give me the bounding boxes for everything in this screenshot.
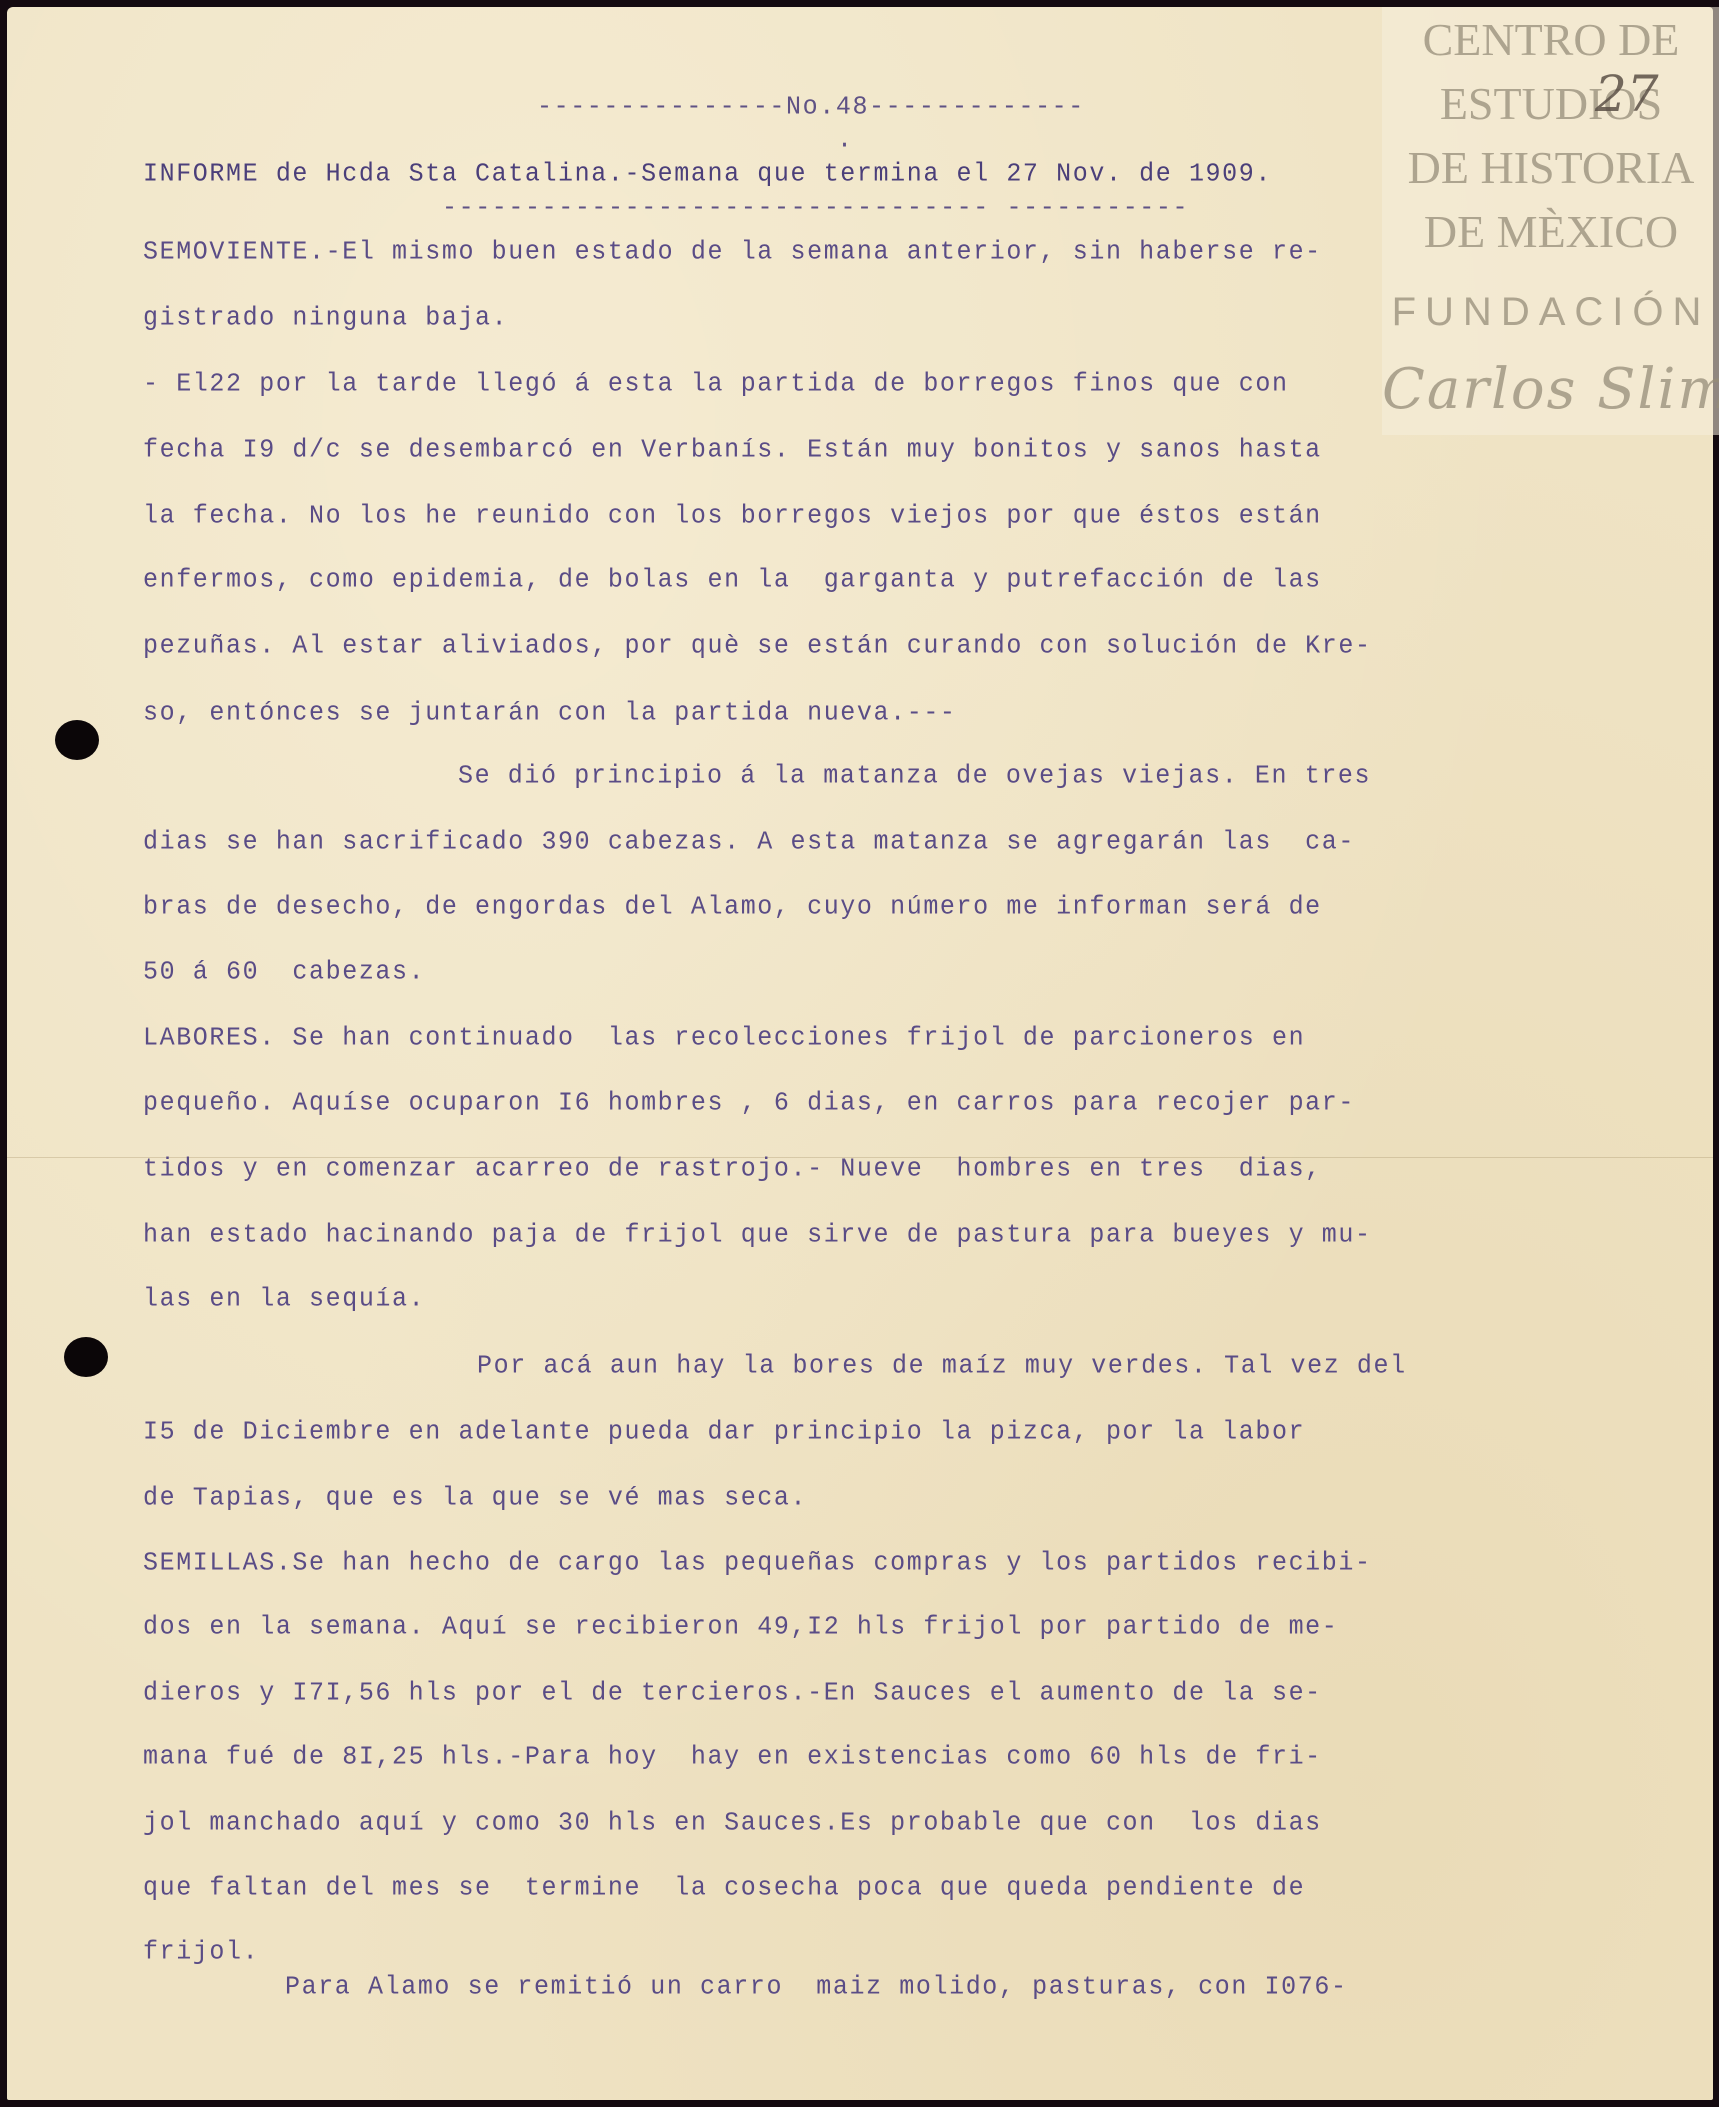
punch-hole-top	[55, 720, 99, 760]
header-dot: .	[837, 124, 854, 156]
report-line: las en la sequía.	[143, 1283, 425, 1315]
report-line: dias se han sacrificado 390 cabezas. A e…	[143, 826, 1355, 858]
watermark-line: CENTRO DE	[1382, 15, 1719, 65]
report-line: frijol.	[143, 1936, 259, 1968]
report-line: pezuñas. Al estar aliviados, por què se …	[143, 630, 1372, 662]
report-line: bras de desecho, de engordas del Alamo, …	[143, 891, 1322, 923]
report-line: - El22 por la tarde llegó á esta la part…	[143, 368, 1289, 400]
watermark-foundation: FUNDACIÓN	[1382, 287, 1719, 337]
report-line: gistrado ninguna baja.	[143, 302, 508, 334]
report-line: pequeño. Aquíse ocuparon I6 hombres , 6 …	[143, 1087, 1355, 1119]
watermark-signature: Carlos Slim	[1382, 365, 1719, 415]
report-title: INFORME de Hcda Sta Catalina.-Semana que…	[143, 158, 1272, 190]
report-line: de Tapias, que es la que se vé mas seca.	[143, 1482, 807, 1514]
report-line: SEMILLAS.Se han hecho de cargo las peque…	[143, 1547, 1372, 1579]
watermark-line: DE HISTORIA	[1382, 143, 1719, 193]
handwritten-page-number: 27	[1595, 65, 1659, 123]
punch-hole-bottom	[64, 1337, 108, 1377]
watermark: CENTRO DE ESTUDIOS DE HISTORIA DE MÈXICO…	[1382, 7, 1719, 435]
report-line: so, entónces se juntarán con la partida …	[143, 697, 957, 729]
report-line: mana fué de 8I,25 hls.-Para hoy hay en e…	[143, 1741, 1322, 1773]
report-line: enfermos, como epidemia, de bolas en la …	[143, 564, 1322, 596]
report-line: Para Alamo se remitió un carro maiz moli…	[285, 1971, 1348, 2003]
report-number: ---------------No.48-------------	[537, 91, 1085, 123]
report-line: jol manchado aquí y como 30 hls en Sauce…	[143, 1807, 1322, 1839]
title-underline: --------------------------------- ------…	[442, 192, 1189, 224]
document-page: ---------------No.48------------- . INFO…	[7, 7, 1713, 2100]
report-line: tidos y en comenzar acarreo de rastrojo.…	[143, 1153, 1322, 1185]
report-line: SEMOVIENTE.-El mismo buen estado de la s…	[143, 236, 1322, 268]
report-line: LABORES. Se han continuado las recolecci…	[143, 1022, 1305, 1054]
watermark-line: ESTUDIOS	[1382, 79, 1719, 129]
report-line: la fecha. No los he reunido con los borr…	[143, 500, 1322, 532]
report-line: han estado hacinando paja de frijol que …	[143, 1219, 1372, 1251]
report-line: Se dió principio á la matanza de ovejas …	[458, 760, 1371, 792]
report-line: I5 de Diciembre en adelante pueda dar pr…	[143, 1416, 1305, 1448]
watermark-line: DE MÈXICO	[1382, 207, 1719, 257]
report-line: que faltan del mes se termine la cosecha…	[143, 1872, 1305, 1904]
report-line: dos en la semana. Aquí se recibieron 49,…	[143, 1611, 1338, 1643]
report-line: fecha I9 d/c se desembarcó en Verbanís. …	[143, 434, 1322, 466]
report-line: Por acá aun hay la bores de maíz muy ver…	[477, 1350, 1407, 1382]
report-line: dieros y I7I,56 hls por el de tercieros.…	[143, 1677, 1322, 1709]
report-line: 50 á 60 cabezas.	[143, 956, 425, 988]
